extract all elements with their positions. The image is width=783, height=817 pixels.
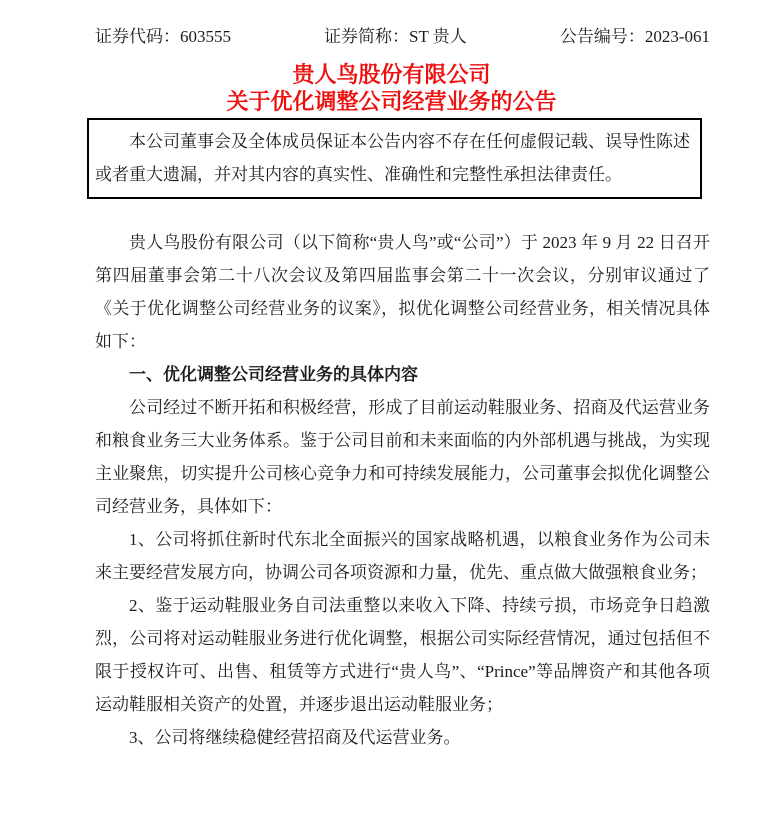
announcement-number: 公告编号：2023-061 [560,27,710,47]
company-name-title: 贵人鸟股份有限公司 [0,61,783,88]
stock-abbr: 证券简称：ST 贵人 [324,27,467,47]
stock-code: 证券代码：603555 [95,27,231,47]
list-item-3: 3、公司将继续稳健经营招商及代运营业务。 [95,721,710,754]
announcement-number-label: 公告编号： [560,27,645,46]
list-item-1: 1、公司将抓住新时代东北全面振兴的国家战略机遇，以粮食业务作为公司未来主要经营发… [95,523,710,589]
section-heading: 一、优化调整公司经营业务的具体内容 [95,358,710,391]
document-header: 证券代码：603555 证券简称：ST 贵人 公告编号：2023-061 [95,27,710,47]
announcement-document: 证券代码：603555 证券简称：ST 贵人 公告编号：2023-061 贵人鸟… [0,27,783,817]
list-item-2: 2、鉴于运动鞋服业务自司法重整以来收入下降、持续亏损，市场竞争日趋激烈，公司将对… [95,589,710,721]
overview-paragraph: 公司经过不断开拓和积极经营，形成了目前运动鞋服业务、招商及代运营业务和粮食业务三… [95,391,710,523]
title-block: 贵人鸟股份有限公司 关于优化调整公司经营业务的公告 [0,61,783,115]
stock-code-label: 证券代码： [95,27,180,46]
stock-abbr-value: ST 贵人 [409,27,467,46]
stock-code-value: 603555 [180,27,231,46]
disclaimer-box: 本公司董事会及全体成员保证本公告内容不存在任何虚假记载、误导性陈述或者重大遗漏，… [87,118,702,199]
disclaimer-text: 本公司董事会及全体成员保证本公告内容不存在任何虚假记载、误导性陈述或者重大遗漏，… [95,125,690,191]
document-body: 贵人鸟股份有限公司（以下简称“贵人鸟”或“公司”）于 2023 年 9 月 22… [95,226,710,754]
intro-paragraph: 贵人鸟股份有限公司（以下简称“贵人鸟”或“公司”）于 2023 年 9 月 22… [95,226,710,358]
announcement-number-value: 2023-061 [645,27,710,46]
announcement-subject-title: 关于优化调整公司经营业务的公告 [0,88,783,115]
stock-abbr-label: 证券简称： [324,27,409,46]
